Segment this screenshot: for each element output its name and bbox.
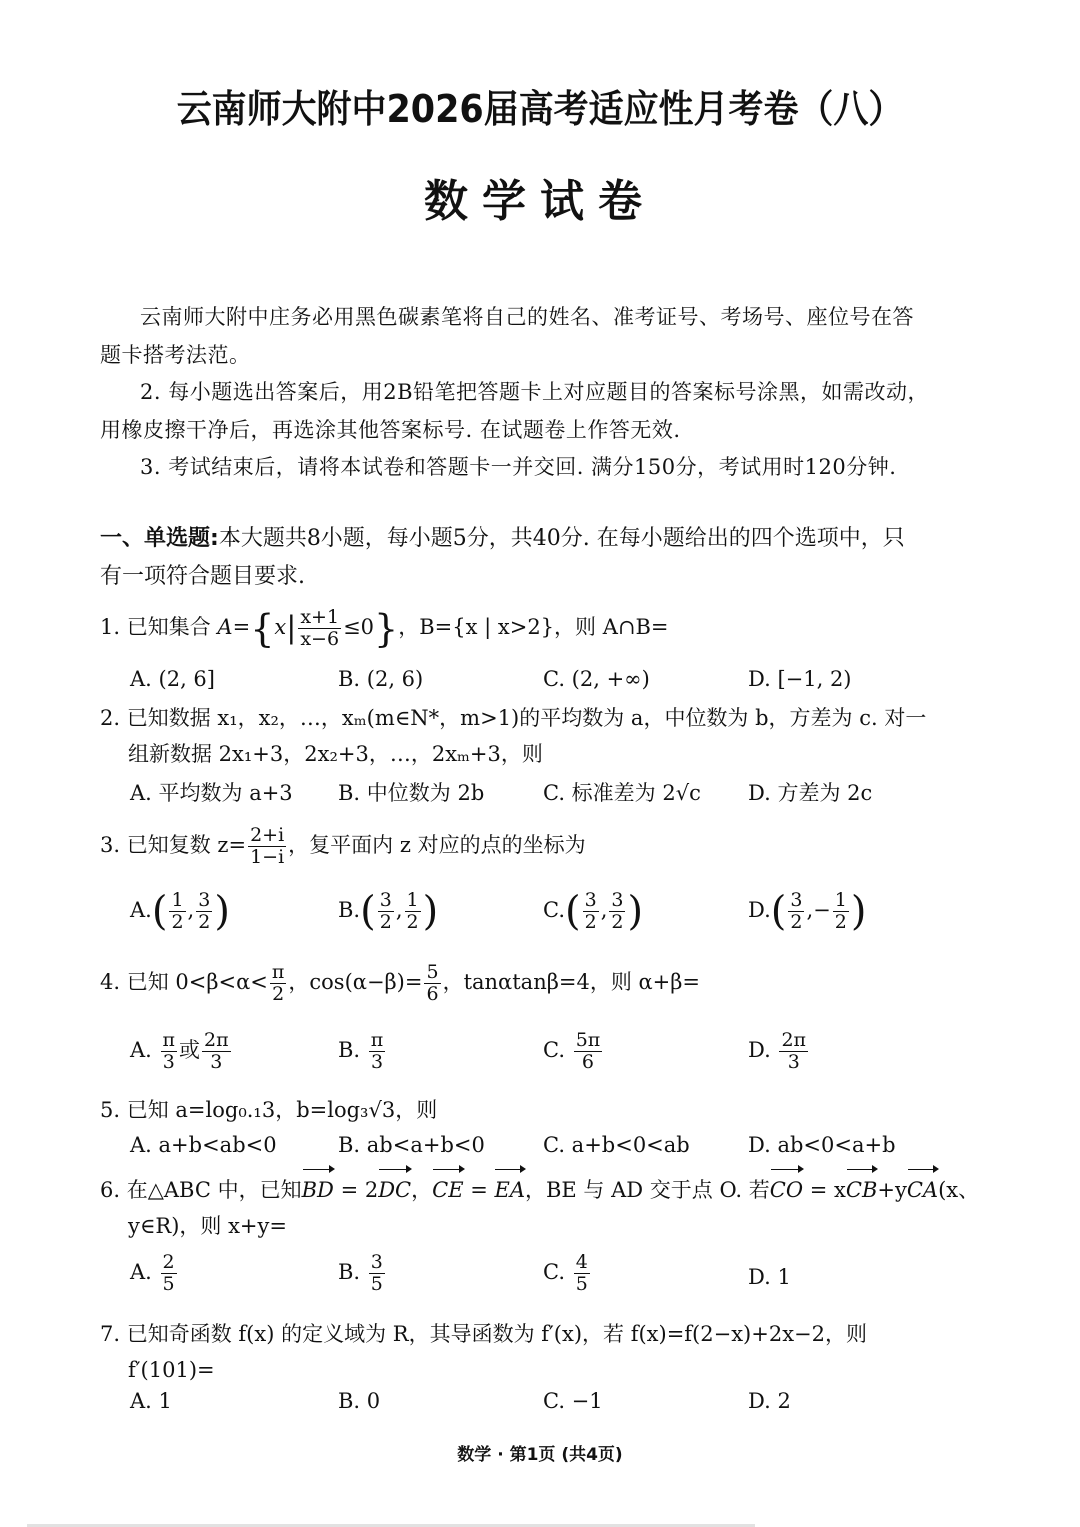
option-label: C. bbox=[543, 898, 565, 922]
question-7: 7. 已知奇函数 f(x) 的定义域为 R，其导函数为 f′(x)，若 f(x)… bbox=[100, 1316, 980, 1388]
paren-open: ( bbox=[152, 889, 168, 935]
fraction-y: 32 bbox=[609, 890, 625, 933]
paren-close: ) bbox=[627, 889, 643, 935]
set-bar: | bbox=[286, 611, 296, 646]
frac-num: x+1 bbox=[298, 607, 341, 629]
frac-den: 3 bbox=[161, 1052, 177, 1073]
frac-den: 3 bbox=[786, 1052, 802, 1073]
instruction-1: 云南师大附中庄务必用黑色碳素笔将自己的姓名、准考证号、考场号、座位号在答 题卡搭… bbox=[100, 298, 980, 374]
frac-num: 1 bbox=[833, 890, 849, 912]
frac-num: 1 bbox=[405, 890, 421, 912]
fraction: 56 bbox=[424, 962, 440, 1005]
fraction-x: 12 bbox=[169, 890, 185, 933]
option-label: B. bbox=[338, 898, 360, 922]
question-stem-post: ，B={x | x>2}，则 A∩B= bbox=[398, 615, 668, 639]
or-word: 或 bbox=[179, 1038, 200, 1062]
question-1: 1. 已知集合 A={x|x+1x−6≤0}，B={x | x>2}，则 A∩B… bbox=[100, 607, 980, 650]
q1-option-c[interactable]: C. (2, +∞) bbox=[543, 664, 650, 694]
paren-close: ) bbox=[423, 889, 439, 935]
q5-option-a[interactable]: A. a+b<ab<0 bbox=[130, 1130, 277, 1160]
frac-num: 5π bbox=[574, 1030, 603, 1052]
vector-dc: DC bbox=[378, 1172, 411, 1208]
frac-den: 5 bbox=[161, 1274, 177, 1295]
frac-den: 5 bbox=[369, 1274, 385, 1295]
option-text: 1 bbox=[777, 1265, 790, 1289]
q2-option-d[interactable]: D. 方差为 2c bbox=[748, 778, 872, 808]
q5-option-c[interactable]: C. a+b<0<ab bbox=[543, 1130, 690, 1160]
frac-den: 5 bbox=[574, 1274, 590, 1295]
frac-den: 1−i bbox=[248, 847, 286, 868]
fraction: 25 bbox=[161, 1252, 177, 1295]
instruction-2: 2. 每小题选出答案后，用2B铅笔把答题卡上对应题目的答案标号涂黑，如需改动， … bbox=[100, 373, 980, 449]
frac-num: 4 bbox=[574, 1252, 590, 1274]
instruction-1-line1: 云南师大附中庄务必用黑色碳素笔将自己的姓名、准考证号、考场号、座位号在答 bbox=[100, 298, 980, 336]
frac-den: 6 bbox=[580, 1052, 596, 1073]
q3-option-b[interactable]: B.(32,12) bbox=[338, 890, 438, 933]
section-desc-line1: 本大题共8小题，每小题5分，共40分. 在每小题给出的四个选项中，只 bbox=[219, 526, 905, 551]
question-number: 4. bbox=[100, 970, 120, 994]
question-4: 4. 已知 0<β<α<π2，cos(α−β)=56，tanαtanβ=4，则 … bbox=[100, 962, 980, 1005]
frac-num: π bbox=[270, 962, 287, 984]
question-stem: 已知集合 bbox=[127, 615, 211, 639]
paren-open: ( bbox=[771, 889, 787, 935]
instruction-2-line1: 2. 每小题选出答案后，用2B铅笔把答题卡上对应题目的答案标号涂黑，如需改动， bbox=[100, 373, 980, 411]
frac-num: 2π bbox=[202, 1030, 231, 1052]
frac-den: 2 bbox=[583, 912, 599, 933]
fraction: x+1x−6 bbox=[298, 607, 341, 650]
frac-den: 2 bbox=[405, 912, 421, 933]
question-number: 7. bbox=[100, 1322, 120, 1346]
fraction: 2+i1−i bbox=[248, 825, 286, 868]
frac-num: 3 bbox=[369, 1252, 385, 1274]
vector-ca: CA bbox=[907, 1172, 938, 1208]
question-2: 2. 已知数据 x₁，x₂，…，xₘ(m∈N*，m>1)的平均数为 a，中位数为… bbox=[100, 700, 980, 772]
q7-option-d[interactable]: D. 2 bbox=[748, 1386, 791, 1416]
frac-num: 2π bbox=[779, 1030, 808, 1052]
q4-option-b[interactable]: B. π3 bbox=[338, 1030, 387, 1073]
question-stem-mid: ，BE 与 AD 交于点 O. 若 bbox=[525, 1178, 770, 1202]
fraction-x: 32 bbox=[583, 890, 599, 933]
q7-option-a[interactable]: A. 1 bbox=[130, 1386, 172, 1416]
frac-num: 3 bbox=[196, 890, 212, 912]
question-stem: 在△ABC 中，已知 bbox=[127, 1178, 302, 1202]
question-number: 1. bbox=[100, 615, 120, 639]
inequality: ≤0 bbox=[343, 615, 374, 639]
question-number: 3. bbox=[100, 833, 120, 857]
exam-subtitle: 数学试卷 bbox=[0, 165, 1080, 229]
vector-ce: CE bbox=[432, 1172, 463, 1208]
q5-option-d[interactable]: D. ab<0<a+b bbox=[748, 1130, 896, 1160]
question-stem-post: ，复平面内 z 对应的点的坐标为 bbox=[288, 833, 585, 857]
option-label: C. bbox=[543, 1260, 565, 1284]
section-label: 一、单选题: bbox=[100, 526, 219, 551]
fraction: π2 bbox=[270, 962, 287, 1005]
q3-option-c[interactable]: C.(32,32) bbox=[543, 890, 643, 933]
frac-num: 3 bbox=[583, 890, 599, 912]
fraction-x: 32 bbox=[378, 890, 394, 933]
frac-den: 2 bbox=[833, 912, 849, 933]
frac-den: 2 bbox=[378, 912, 394, 933]
frac-num: 2 bbox=[161, 1252, 177, 1274]
section-header: 一、单选题:本大题共8小题，每小题5分，共40分. 在每小题给出的四个选项中，只… bbox=[100, 520, 980, 596]
fraction: 2π3 bbox=[779, 1030, 808, 1073]
instruction-3-line1: 3. 考试结束后，请将本试卷和答题卡一并交回. 满分150分，考试用时120分钟… bbox=[100, 448, 980, 486]
eq: = x bbox=[803, 1178, 846, 1202]
question-number: 2. bbox=[100, 706, 120, 730]
frac-num: π bbox=[369, 1030, 386, 1052]
exam-title: 云南师大附中2026届高考适应性月考卷（八） bbox=[43, 78, 1037, 133]
vector-co: CO bbox=[770, 1172, 803, 1208]
option-label: A. bbox=[130, 898, 152, 922]
question-stem: 已知复数 z= bbox=[127, 833, 246, 857]
frac-den: 3 bbox=[369, 1052, 385, 1073]
fraction-y: 12 bbox=[833, 890, 849, 933]
q7-option-b[interactable]: B. 0 bbox=[338, 1386, 380, 1416]
frac-den: 3 bbox=[208, 1052, 224, 1073]
instruction-3: 3. 考试结束后，请将本试卷和答题卡一并交回. 满分150分，考试用时120分钟… bbox=[100, 448, 980, 486]
q6-option-c[interactable]: C. 45 bbox=[543, 1252, 592, 1295]
vector-ea: EA bbox=[494, 1172, 525, 1208]
fraction: π3 bbox=[369, 1030, 386, 1073]
page-footer: 数学 · 第1页 (共4页) bbox=[0, 1440, 1080, 1465]
question-5: 5. 已知 a=log₀.₁3，b=log₃√3，则 bbox=[100, 1092, 980, 1128]
question-stem-line2: f′(101)= bbox=[100, 1352, 980, 1388]
question-stem-line1: 已知奇函数 f(x) 的定义域为 R，其导函数为 f′(x)，若 f(x)=f(… bbox=[127, 1322, 867, 1346]
frac-num: 1 bbox=[169, 890, 185, 912]
sep: ， bbox=[411, 1178, 432, 1202]
paren-open: ( bbox=[565, 889, 581, 935]
option-label: D. bbox=[748, 1038, 771, 1062]
eq: = bbox=[464, 1178, 495, 1202]
q4-option-c[interactable]: C. 5π6 bbox=[543, 1030, 604, 1073]
q6-option-d[interactable]: D. 1 bbox=[748, 1262, 791, 1292]
brace-close: } bbox=[374, 607, 398, 651]
plus: +y bbox=[877, 1178, 906, 1202]
vector-bd: BD bbox=[302, 1172, 334, 1208]
instruction-2-line2: 用橡皮擦干净后，再选涂其他答案标号. 在试题卷上作答无效. bbox=[100, 411, 980, 449]
q1-option-b[interactable]: B. (2, 6) bbox=[338, 664, 423, 694]
fraction: π3 bbox=[161, 1030, 178, 1073]
fraction-y: 32 bbox=[196, 890, 212, 933]
frac-den: 6 bbox=[424, 984, 440, 1005]
question-stem-post: ，tanαtanβ=4，则 α+β= bbox=[443, 970, 700, 994]
question-6: 6. 在△ABC 中，已知BD = 2DC，CE = EA，BE 与 AD 交于… bbox=[100, 1172, 980, 1244]
option-label: A. bbox=[130, 1260, 152, 1284]
vector-cb: CB bbox=[846, 1172, 878, 1208]
q4-option-a[interactable]: A. π3或2π3 bbox=[130, 1030, 233, 1073]
fraction: 5π6 bbox=[574, 1030, 603, 1073]
section-desc-line2: 有一项符合题目要求. bbox=[100, 558, 980, 596]
sign: − bbox=[813, 898, 831, 922]
fraction: 35 bbox=[369, 1252, 385, 1295]
option-label: D. bbox=[748, 1265, 771, 1289]
option-label: A. bbox=[130, 1038, 152, 1062]
question-stem-line2: y∈R)，则 x+y= bbox=[100, 1208, 980, 1244]
instruction-1-line2: 题卡搭考法范。 bbox=[100, 336, 980, 374]
paren-open: ( bbox=[360, 889, 376, 935]
frac-num: 3 bbox=[609, 890, 625, 912]
frac-den: 2 bbox=[788, 912, 804, 933]
eq: = 2 bbox=[334, 1178, 378, 1202]
question-stem-tail: (x、 bbox=[938, 1178, 979, 1202]
q3-option-d[interactable]: D.(32,−12) bbox=[748, 890, 866, 933]
frac-den: 2 bbox=[270, 984, 286, 1005]
paren-close: ) bbox=[851, 889, 867, 935]
question-number: 5. bbox=[100, 1098, 120, 1122]
frac-den: 2 bbox=[196, 912, 212, 933]
option-label: B. bbox=[338, 1260, 360, 1284]
paren-close: ) bbox=[214, 889, 230, 935]
q7-option-c[interactable]: C. −1 bbox=[543, 1386, 603, 1416]
q1-option-d[interactable]: D. [−1, 2) bbox=[748, 664, 852, 694]
question-stem-line1: 已知数据 x₁，x₂，…，xₘ(m∈N*，m>1)的平均数为 a，中位数为 b，… bbox=[127, 706, 927, 730]
q6-option-a[interactable]: A. 25 bbox=[130, 1252, 179, 1295]
fraction-y: 12 bbox=[405, 890, 421, 933]
question-3: 3. 已知复数 z=2+i1−i，复平面内 z 对应的点的坐标为 bbox=[100, 825, 980, 868]
question-stem: 已知 0<β<α< bbox=[127, 970, 268, 994]
option-label: C. bbox=[543, 1038, 565, 1062]
question-stem-line2: 组新数据 2x₁+3，2x₂+3，…，2xₘ+3，则 bbox=[100, 736, 980, 772]
q3-option-a[interactable]: A.(12,32) bbox=[130, 890, 230, 933]
brace-open: { bbox=[250, 607, 274, 651]
frac-num: π bbox=[161, 1030, 178, 1052]
frac-num: 2+i bbox=[248, 825, 286, 847]
frac-den: x−6 bbox=[298, 629, 341, 650]
frac-den: 2 bbox=[169, 912, 185, 933]
option-label: B. bbox=[338, 1038, 360, 1062]
frac-den: 2 bbox=[609, 912, 625, 933]
set-var: x bbox=[274, 615, 286, 639]
frac-num: 5 bbox=[424, 962, 440, 984]
frac-num: 3 bbox=[788, 890, 804, 912]
fraction: 45 bbox=[574, 1252, 590, 1295]
frac-num: 3 bbox=[378, 890, 394, 912]
q2-option-b[interactable]: B. 中位数为 2b bbox=[338, 778, 484, 808]
q5-option-b[interactable]: B. ab<a+b<0 bbox=[338, 1130, 485, 1160]
set-a: A= bbox=[217, 615, 250, 639]
question-number: 6. bbox=[100, 1178, 120, 1202]
fraction: 2π3 bbox=[202, 1030, 231, 1073]
question-stem: 已知 a=log₀.₁3，b=log₃√3，则 bbox=[127, 1098, 437, 1122]
option-label: D. bbox=[748, 898, 771, 922]
q6-option-b[interactable]: B. 35 bbox=[338, 1252, 387, 1295]
q2-option-c[interactable]: C. 标准差为 2√c bbox=[543, 778, 701, 808]
q1-option-a[interactable]: A. (2, 6] bbox=[130, 664, 215, 694]
question-stem-mid: ，cos(α−β)= bbox=[288, 970, 422, 994]
q2-option-a[interactable]: A. 平均数为 a+3 bbox=[130, 778, 293, 808]
fraction-x: 32 bbox=[788, 890, 804, 933]
q4-option-d[interactable]: D. 2π3 bbox=[748, 1030, 810, 1073]
